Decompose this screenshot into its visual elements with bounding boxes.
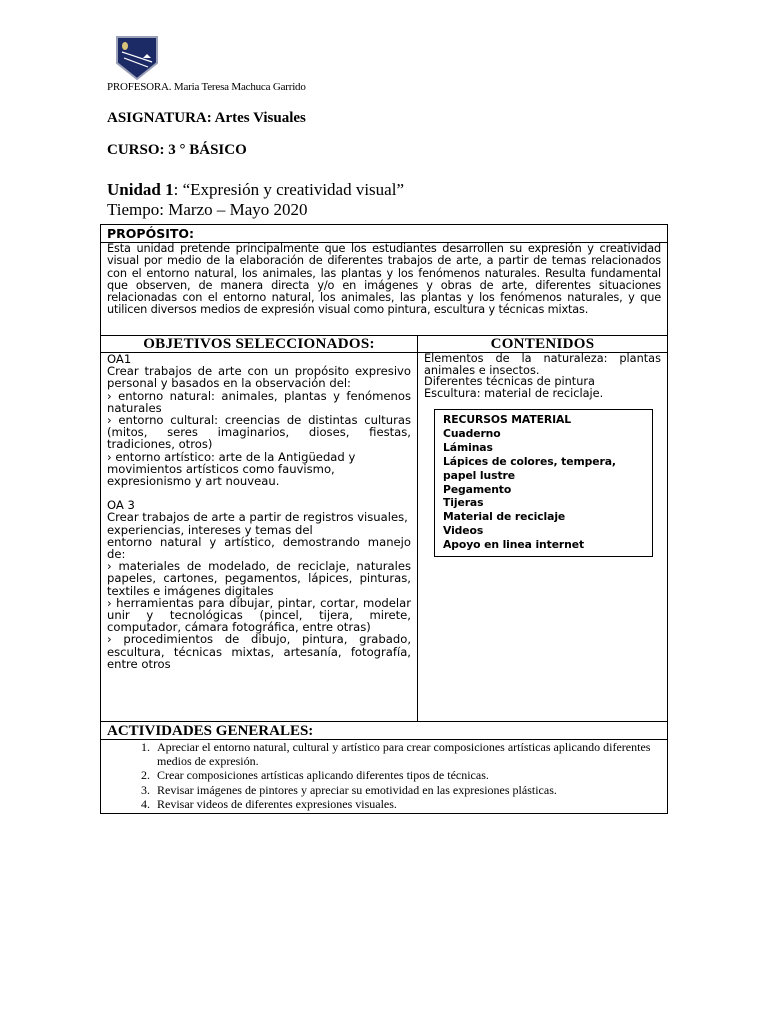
oa3-line: › materiales de modelado, de reciclaje, … [107,560,411,597]
purpose-heading: PROPÓSITO: [101,225,667,243]
resource-item: Láminas [443,441,644,455]
oa3-line: › herramientas para dibujar, pintar, cor… [107,597,411,634]
activity-item: Revisar imágenes de pintores y apreciar … [153,783,667,797]
oa1-line: › entorno artístico: arte de la Antigüed… [107,451,411,488]
objectives-column: OBJETIVOS SELECCIONADOS: OA1 Crear traba… [101,336,418,721]
oa1-line: Crear trabajos de arte con un propósito … [107,365,411,389]
activity-item: Crear composiciones artísticas aplicando… [153,768,667,782]
oa3-line: entorno natural y artístico, demostrando… [107,536,411,560]
purpose-text: Esta unidad pretende principalmente que … [101,243,667,335]
oa3-line: Crear trabajos de arte a partir de regis… [107,511,411,535]
planning-table: PROPÓSITO: Esta unidad pretende principa… [100,224,668,814]
oa3-line: › procedimientos de dibujo, pintura, gra… [107,633,411,670]
activity-item: Revisar videos de diferentes expresiones… [153,797,667,811]
oa1-line: › entorno cultural: creencias de distint… [107,414,411,451]
contents-body: Elementos de la naturaleza: plantas anim… [418,353,667,399]
resource-item: Pegamento [443,483,644,497]
resource-item: Apoyo en linea internet [443,538,644,552]
teacher-name: PROFESORA. Maria Teresa Machuca Garrido [107,81,306,93]
resources-title: RECURSOS MATERIAL [443,413,644,427]
objectives-body: OA1 Crear trabajos de arte con un propós… [101,353,417,670]
unit-title-line: Unidad 1: “Expresión y creatividad visua… [107,180,404,200]
time-label: Tiempo: Marzo – Mayo 2020 [107,200,404,220]
unit-title: : “Expresión y creatividad visual” [174,180,404,199]
unit-prefix: Unidad 1 [107,180,174,199]
contents-column: CONTENIDOS Elementos de la naturaleza: p… [418,336,667,721]
activities-heading: ACTIVIDADES GENERALES: [101,721,667,740]
resource-item: Material de reciclaje [443,510,644,524]
contents-heading: CONTENIDOS [418,336,667,353]
course-label: CURSO: 3 ° BÁSICO [107,142,247,159]
contents-line: Elementos de la naturaleza: plantas anim… [424,353,661,376]
school-crest-icon [114,35,160,81]
objectives-heading: OBJETIVOS SELECCIONADOS: [101,336,417,353]
subject-label: ASIGNATURA: Artes Visuales [107,110,306,127]
oa1-line: › entorno natural: animales, plantas y f… [107,390,411,414]
contents-line: Escultura: material de reciclaje. [424,388,661,400]
contents-line: Diferentes técnicas de pintura [424,376,661,388]
resource-item: Cuaderno [443,427,644,441]
resources-box: RECURSOS MATERIAL Cuaderno Láminas Lápic… [434,409,653,557]
unit-heading: Unidad 1: “Expresión y creatividad visua… [107,180,404,220]
resource-item: Lápices de colores, tempera, papel lustr… [443,455,644,483]
objectives-contents-row: OBJETIVOS SELECCIONADOS: OA1 Crear traba… [101,335,667,721]
activity-item: Apreciar el entorno natural, cultural y … [153,740,667,768]
activities-list: Apreciar el entorno natural, cultural y … [101,740,667,813]
resource-item: Videos [443,524,644,538]
resource-item: Tijeras [443,496,644,510]
